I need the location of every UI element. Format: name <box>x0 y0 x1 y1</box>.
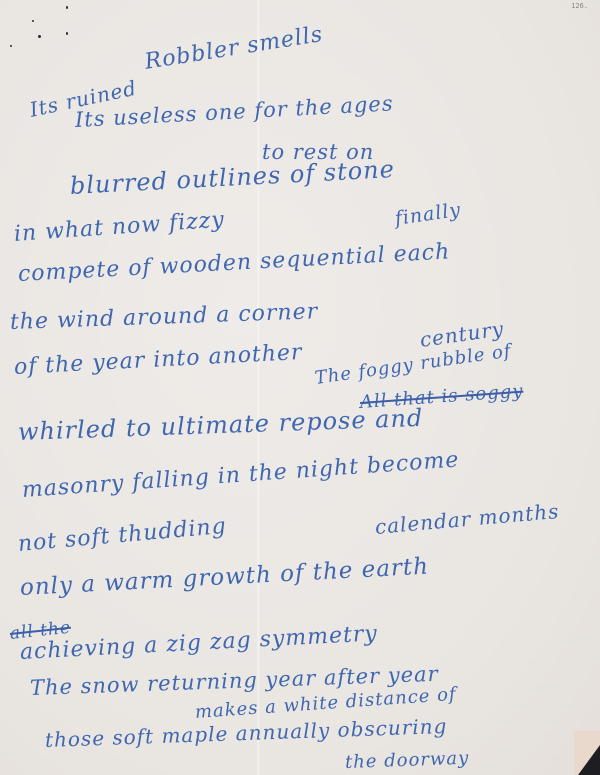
handwritten-line: not soft thudding <box>17 514 228 557</box>
handwritten-line: of the year into another <box>13 340 303 380</box>
handwritten-line: The foggy rubble of <box>314 341 513 389</box>
ink-speck <box>66 32 68 35</box>
handwritten-line: the wind around a corner <box>10 299 319 335</box>
handwritten-line: whirled to ultimate repose and <box>18 404 424 446</box>
handwritten-line: blurred outlines of stone <box>69 155 395 200</box>
handwritten-line: masonry falling in the night become <box>21 447 460 503</box>
corner-shadow <box>578 745 600 775</box>
handwritten-line: those soft maple annually obscuring <box>45 714 448 752</box>
ink-speck <box>10 45 12 47</box>
handwritten-line: achieving a zig zag symmetry <box>19 621 378 665</box>
ink-speck <box>32 20 34 22</box>
manuscript-page: 126. Robbler smells Its ruined Its usele… <box>0 0 600 775</box>
handwritten-line: Robbler smells <box>143 22 325 75</box>
page-number: 126. <box>571 2 588 10</box>
handwritten-line: compete of wooden sequential each <box>17 239 450 287</box>
handwritten-line: calendar months <box>374 499 560 539</box>
handwritten-line: finally <box>393 199 462 230</box>
handwritten-line: in what now fizzy <box>13 207 225 247</box>
ink-speck <box>38 35 41 38</box>
ink-speck <box>66 6 68 9</box>
handwritten-line: the doorway <box>345 748 470 773</box>
handwritten-line: only a warm growth of the earth <box>19 554 429 601</box>
